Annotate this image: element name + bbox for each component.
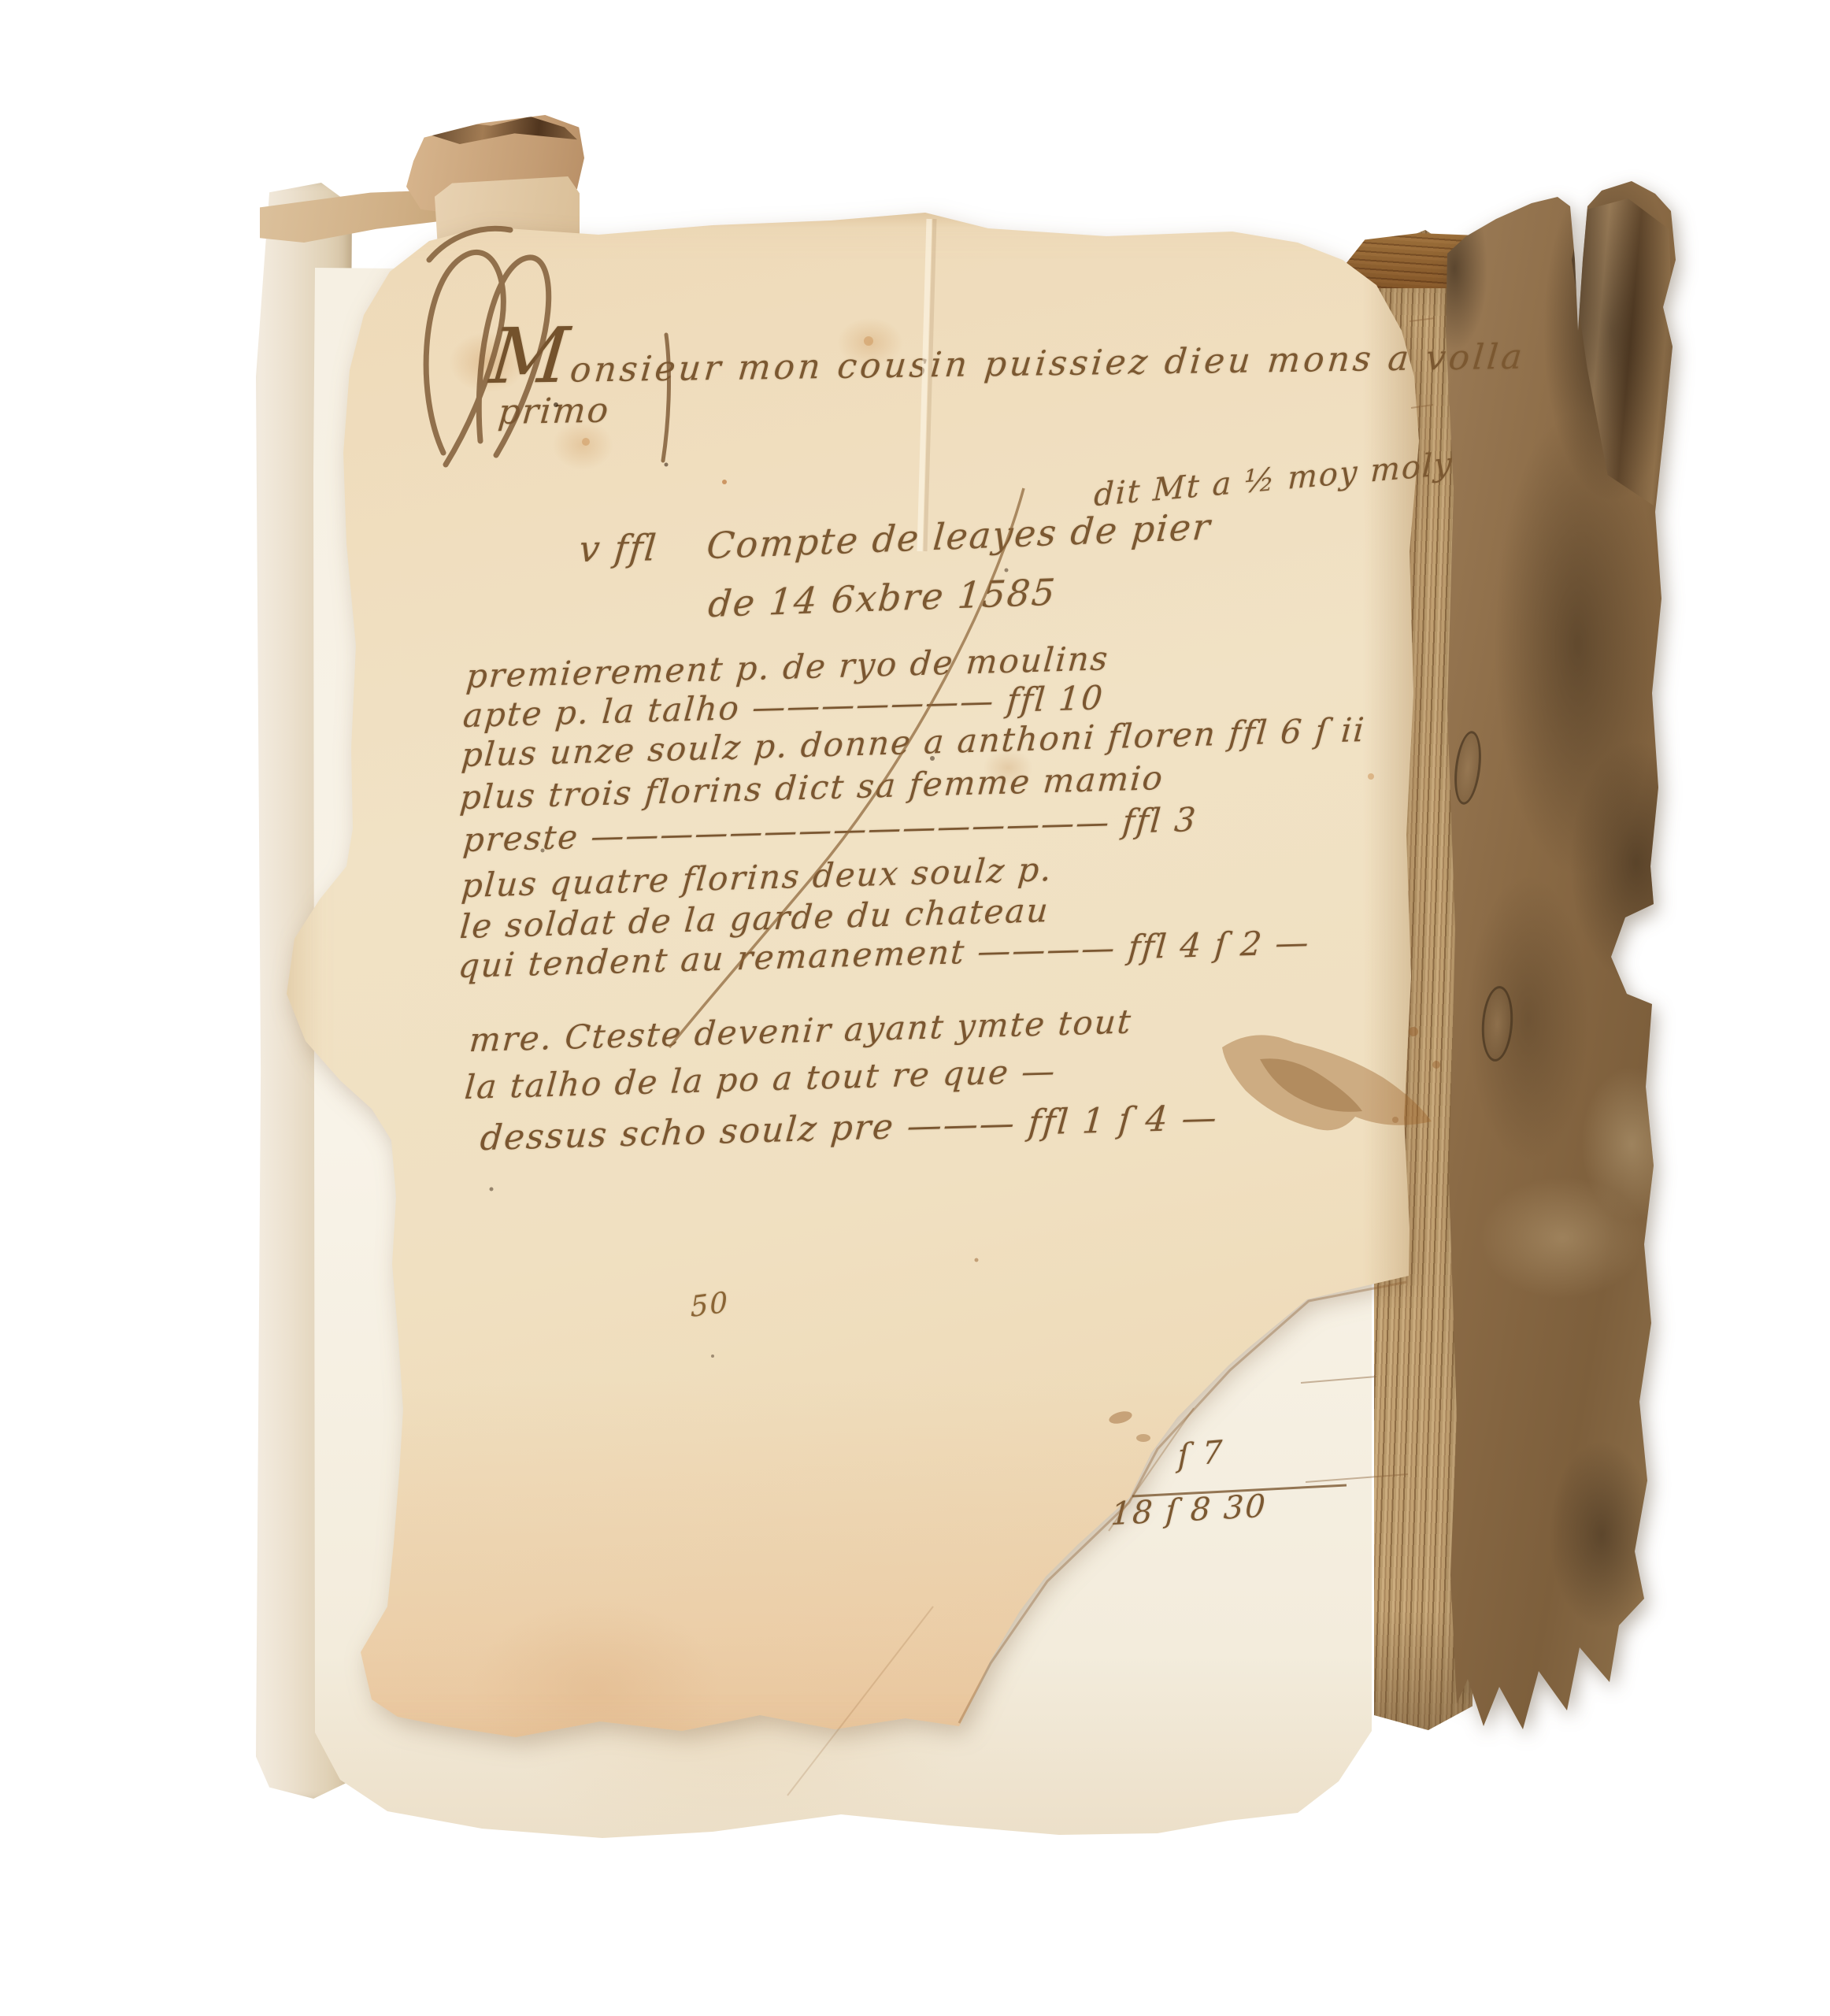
handwriting-line-15: la talho de la po a tout re que —: [463, 1051, 1058, 1106]
handwriting-line-16: dessus scho soulz pre ——— ffl 1 ſ 4 —: [479, 1098, 1220, 1158]
manuscript-photo: Monsieur mon cousin puissiez dieu mons a…: [0, 0, 1830, 2016]
handwriting-line-5: de 14 6xbre 1585: [706, 571, 1058, 626]
handwriting-line-0: Monsieur mon cousin puissiez dieu mons a…: [487, 298, 1531, 402]
handwriting-line-14: mre. Cteste devenir ayant ymte tout: [468, 1002, 1133, 1059]
handwriting-layer: Monsieur mon cousin puissiez dieu mons a…: [0, 0, 1830, 2016]
handwriting-line-4: dit Mt a ½ moy moly: [1093, 446, 1454, 513]
handwriting-line-18: ſ 7: [1177, 1434, 1224, 1474]
handwriting-line-2: v ffl: [577, 526, 659, 570]
handwriting-line-1: primo: [497, 391, 612, 433]
handwriting-line-19: 18 ſ 8 30: [1110, 1488, 1268, 1533]
handwriting-line-17: 50: [690, 1286, 730, 1324]
handwriting-line-3: Compte de leayes de pier: [705, 505, 1213, 567]
